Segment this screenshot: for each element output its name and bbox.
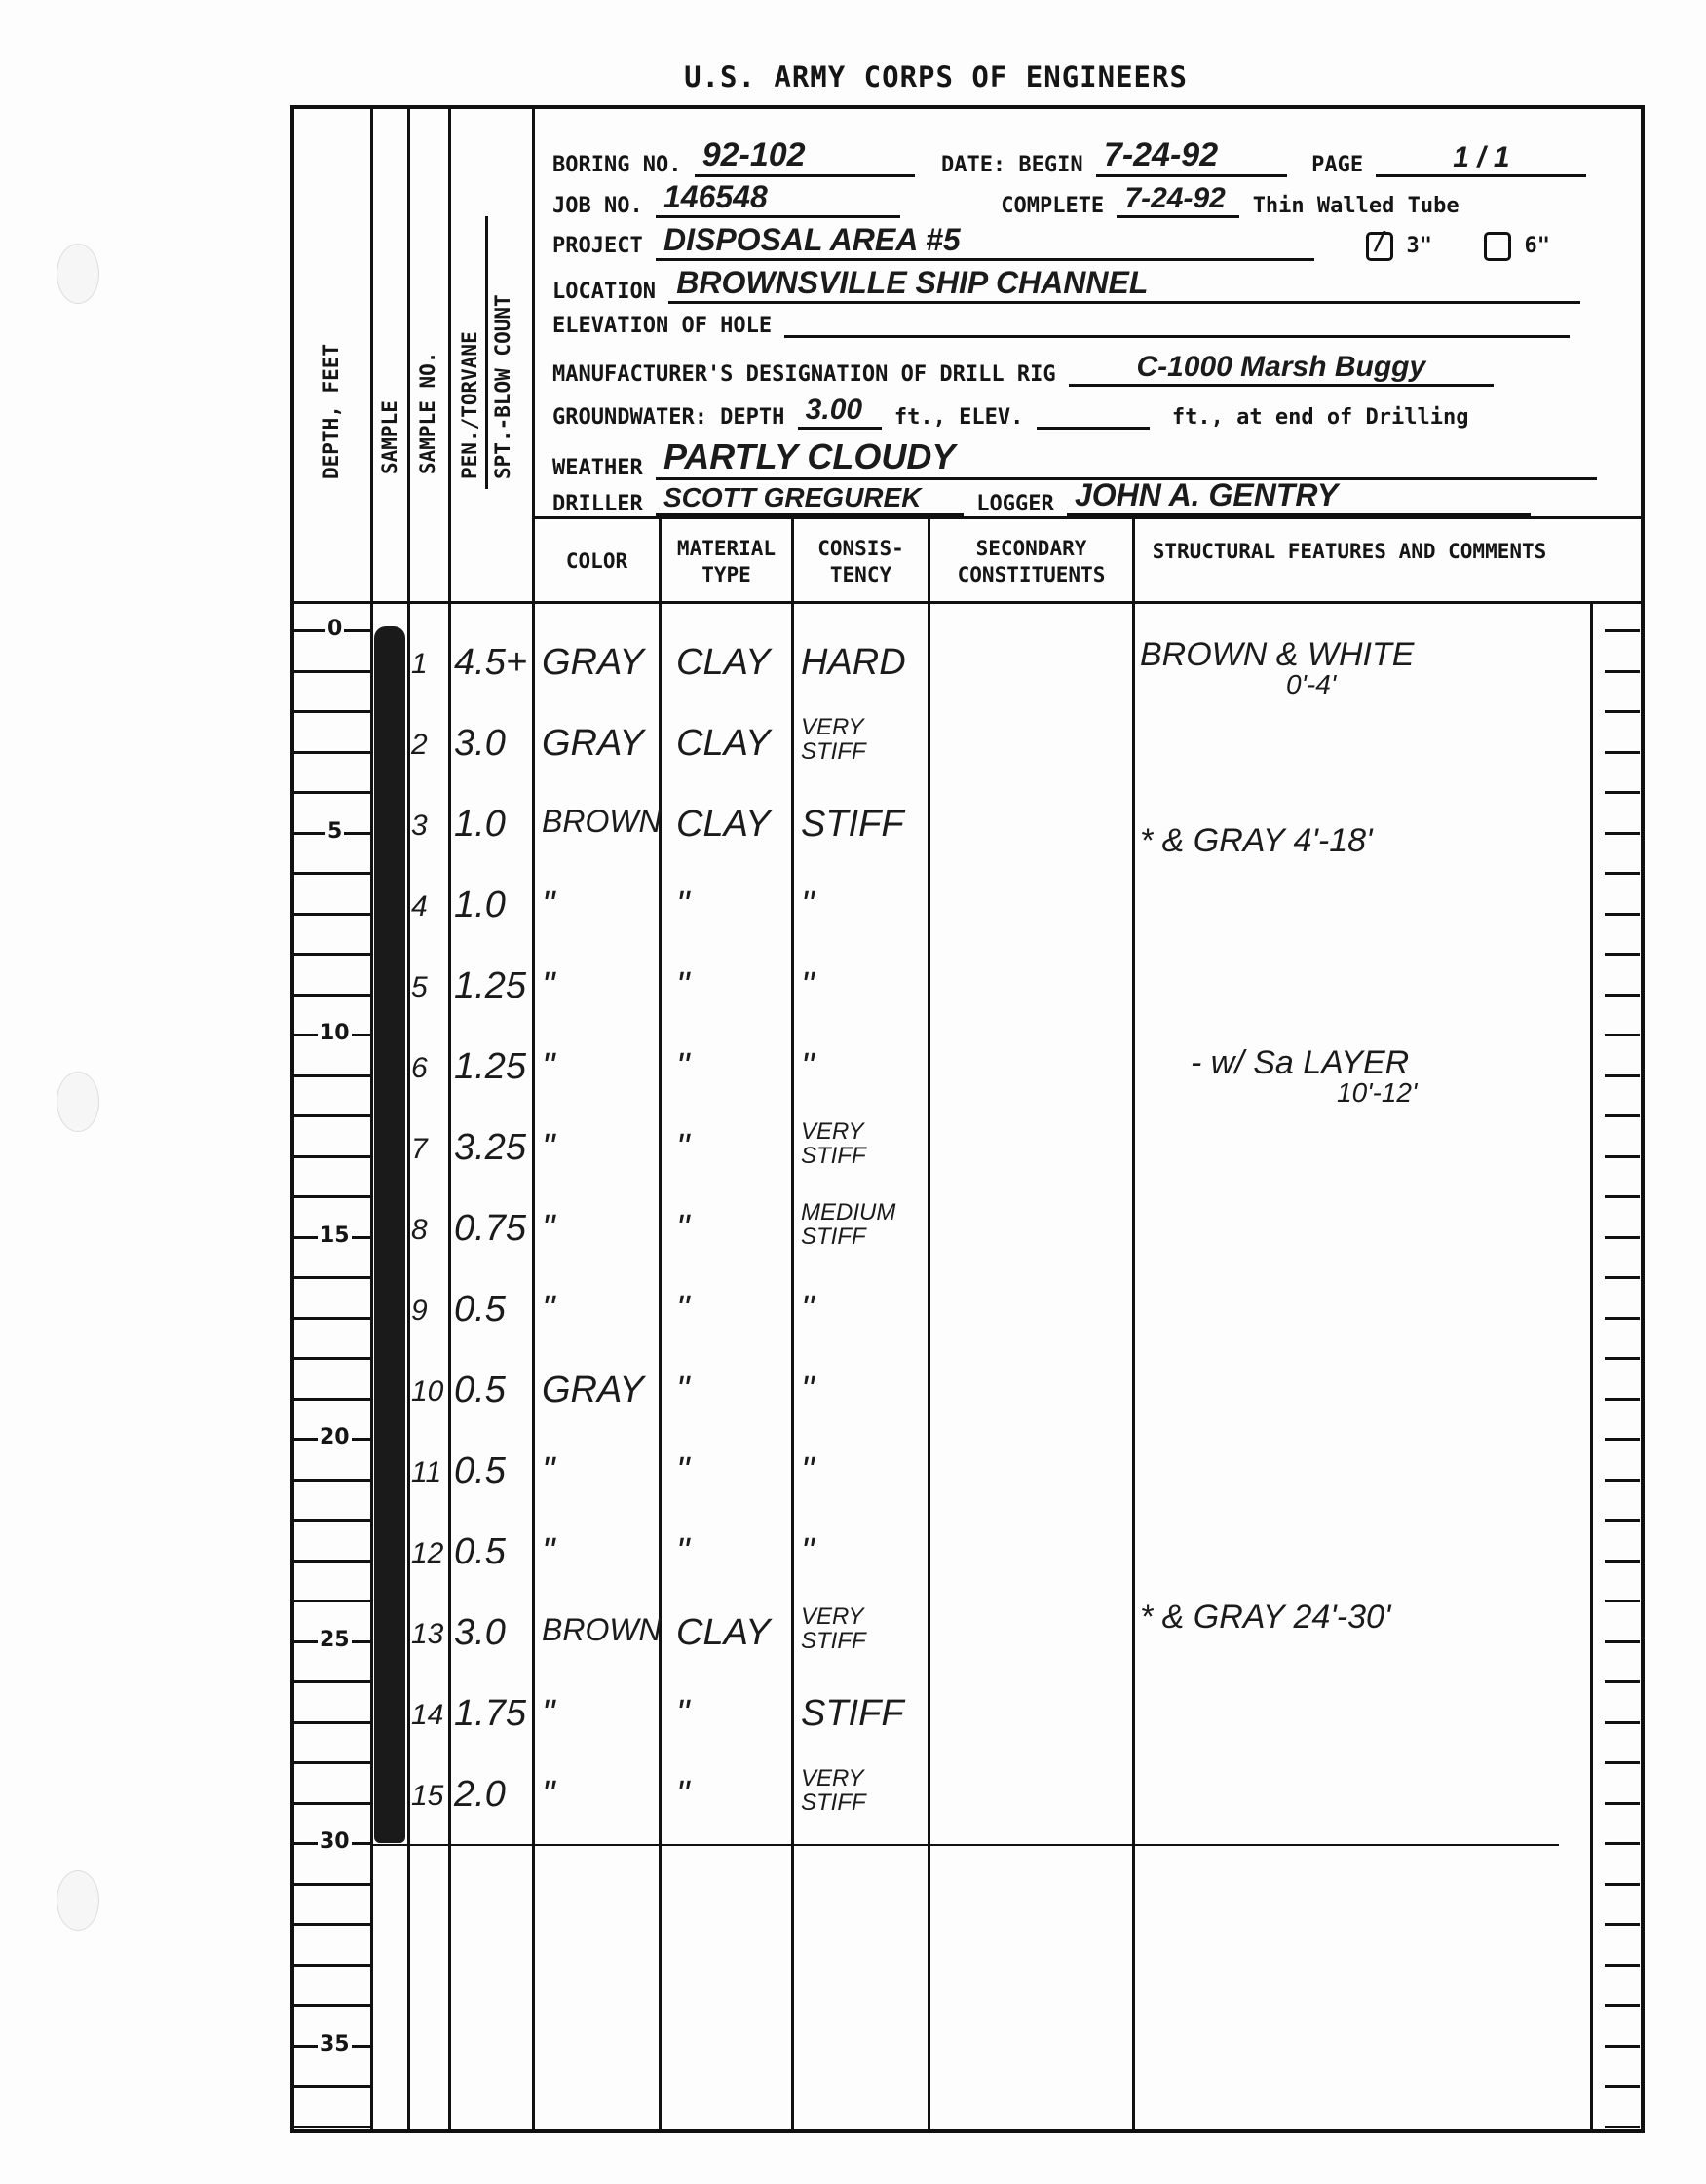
elevation-row: ELEVATION OF HOLE [552,308,1570,338]
right-tick [1605,1761,1640,1764]
pen-value: 0.75 [454,1210,526,1247]
comment-text: - w/ Sa LAYER [1191,1046,1417,1079]
pen-value: 2.0 [454,1776,506,1813]
material-value: " [676,1452,690,1489]
right-tick [1605,1155,1640,1158]
depth-tick [294,1883,370,1886]
depth-tick [294,1680,370,1683]
right-tick [1605,751,1640,754]
depth-tick [294,1276,370,1279]
color-value: BROWN [542,806,662,837]
col-secondary-header: SECONDARY CONSTITUENTS [930,518,1132,606]
right-tick [1605,2045,1640,2048]
material-value: " [676,1776,690,1813]
color-value: GRAY [542,1372,644,1409]
driller-field[interactable]: SCOTT GREGUREK [656,482,964,516]
date-complete-field[interactable]: 7-24-92 [1117,182,1239,218]
right-tick [1605,710,1640,713]
right-tick [1605,1357,1640,1360]
depth-label: 0 [325,617,344,641]
sample-number: 7 [411,1135,428,1164]
color-value: " [542,967,555,1004]
right-tick [1605,1560,1640,1563]
organization-title: U.S. ARMY CORPS OF ENGINEERS [0,60,1706,94]
consistency-value: VERY STIFF [801,1119,923,1168]
depth-label: 10 [318,1021,352,1045]
material-value: CLAY [676,644,770,681]
sample-number: 3 [411,811,428,841]
col-sample-label: SAMPLE [378,400,401,474]
sample-number: 13 [411,1620,443,1649]
material-value: " [676,1372,690,1409]
material-value: " [676,886,690,923]
depth-tick [294,1600,370,1602]
pen-value: 3.25 [454,1129,526,1166]
right-tick [1605,1883,1640,1886]
right-tick [1605,1640,1640,1643]
depth-tick [294,953,370,956]
structural-comment: - w/ Sa LAYER10'-12' [1191,1046,1417,1107]
weather-field[interactable]: PARTLY CLOUDY [656,436,1597,480]
col-material-header: MATERIAL TYPE [662,518,791,606]
consistency-value: HARD [801,644,906,681]
color-value: " [542,1776,555,1813]
sample-number: 5 [411,973,428,1002]
depth-tick [294,1357,370,1360]
color-value: BROWN [542,1614,662,1645]
tube-3in-option[interactable]: / 3" [1366,234,1445,258]
depth-tick [294,1479,370,1482]
consistency-value: MEDIUM STIFF [801,1200,923,1249]
depth-tick [294,1802,370,1805]
depth-tick [294,751,370,754]
sample-number: 9 [411,1297,428,1326]
right-tick [1605,2004,1640,2007]
right-tick [1605,1721,1640,1724]
structural-comment: * & GRAY 4'-18' [1140,824,1373,857]
material-value: " [676,1291,690,1328]
pen-value: 4.5+ [454,644,527,681]
right-tick [1605,832,1640,835]
depth-tick [294,913,370,916]
depth-tick [294,2004,370,2007]
col-pen-label: PEN./TORVANE [458,331,481,479]
col-consistency-header: CONSIS- TENCY [794,518,928,606]
right-tick [1605,1276,1640,1279]
sample-number: 1 [411,650,428,679]
col-spt-label: SPT.-BLOW COUNT [491,294,514,479]
color-value: " [542,1452,555,1489]
depth-label: 15 [318,1224,352,1248]
material-value: " [676,1129,690,1166]
binder-hole [57,1870,99,1931]
sample-number: 8 [411,1216,428,1245]
right-tick [1605,872,1640,875]
consistency-value: VERY STIFF [801,1766,923,1815]
depth-label: 30 [318,1829,352,1854]
groundwater-depth-field[interactable]: 3.00 [798,394,882,430]
consistency-value: STIFF [801,1695,904,1732]
color-value: GRAY [542,644,644,681]
consistency-value: " [801,1452,815,1489]
material-value: CLAY [676,806,770,843]
color-value: GRAY [542,725,644,762]
color-value: " [542,886,555,923]
color-value: " [542,1533,555,1570]
checkbox-empty-icon[interactable] [1484,232,1511,261]
depth-tick [294,1519,370,1522]
boring-log-form: DEPTH, FEET SAMPLE SAMPLE NO. PEN./TORVA… [290,105,1645,2133]
consistency-value: " [801,886,815,923]
color-value: " [542,1695,555,1732]
material-value: CLAY [676,1614,770,1651]
pen-value: 1.25 [454,1048,526,1085]
comment-depth-range: 10'-12' [1337,1079,1417,1107]
groundwater-elev-field[interactable] [1037,399,1150,430]
weather-row: WEATHER PARTLY CLOUDY [552,436,1597,480]
pen-value: 3.0 [454,1614,506,1651]
sample-number: 6 [411,1054,428,1083]
binder-hole [57,244,99,304]
col-color-header: COLOR [535,518,659,606]
depth-tick [294,1923,370,1926]
right-tick [1605,1074,1640,1077]
project-field[interactable]: DISPOSAL AREA #5 [656,222,1314,261]
color-value: " [542,1210,555,1247]
pen-value: 1.75 [454,1695,526,1732]
checkbox-checked-icon[interactable]: / [1366,232,1393,261]
material-value: " [676,1048,690,1085]
consistency-value: " [801,1291,815,1328]
sample-number: 11 [411,1458,441,1487]
right-tick [1605,1479,1640,1482]
right-tick [1605,1842,1640,1845]
depth-tick [294,1964,370,1967]
depth-tick [294,791,370,794]
location-row: LOCATION BROWNSVILLE SHIP CHANNEL [552,265,1580,304]
comment-text: BROWN & WHITE [1140,638,1414,671]
pen-value: 0.5 [454,1291,506,1328]
right-tick [1605,1114,1640,1117]
depth-tick [294,872,370,875]
job-no-field[interactable]: 146548 [656,179,900,218]
right-tick [1605,791,1640,794]
consistency-value: " [801,1533,815,1570]
page-field[interactable]: 1 / 1 [1376,141,1586,177]
sampled-interval-bar [374,626,405,1843]
depth-label: 35 [318,2032,352,2056]
material-value: " [676,1533,690,1570]
structural-comment: BROWN & WHITE0'-4' [1140,638,1414,698]
elevation-field[interactable] [784,308,1570,338]
comment-depth-range: 0'-4' [1286,671,1414,698]
consistency-value: " [801,1048,815,1085]
consistency-value: " [801,967,815,1004]
depth-tick [294,2085,370,2088]
depth-tick [294,1114,370,1117]
project-row: PROJECT DISPOSAL AREA #5 / 3" 6" [552,222,1550,261]
material-value: CLAY [676,725,770,762]
right-tick [1605,1964,1640,1967]
depth-tick [294,1074,370,1077]
depth-label: 20 [318,1425,352,1450]
right-tick [1605,2126,1640,2128]
pen-value: 1.0 [454,886,506,923]
right-tick [1605,1438,1640,1441]
tube-6in-option[interactable]: 6" [1484,234,1550,258]
pen-value: 1.25 [454,967,526,1004]
sample-number: 12 [411,1539,443,1568]
drill-rig-row: MANUFACTURER'S DESIGNATION OF DRILL RIG … [552,351,1494,387]
depth-label: 5 [325,819,344,844]
right-tick [1605,994,1640,997]
depth-tick [294,1721,370,1724]
boring-row: BORING NO. 92-102 DATE: BEGIN 7-24-92 PA… [552,136,1586,177]
pen-value: 1.0 [454,806,506,843]
right-tick [1605,953,1640,956]
depth-tick [294,710,370,713]
sample-number: 15 [411,1782,443,1811]
right-tick [1605,670,1640,673]
right-tick [1605,1923,1640,1926]
right-tick [1605,1398,1640,1401]
location-field[interactable]: BROWNSVILLE SHIP CHANNEL [668,265,1580,304]
right-tick [1605,1236,1640,1239]
depth-tick [294,1761,370,1764]
right-tick [1605,913,1640,916]
sample-number: 10 [411,1377,443,1407]
right-tick [1605,1519,1640,1522]
sample-number: 14 [411,1701,443,1730]
boring-no-field[interactable]: 92-102 [695,136,915,177]
right-tick [1605,1680,1640,1683]
depth-tick [294,1398,370,1401]
pen-value: 0.5 [454,1452,506,1489]
depth-tick [294,994,370,997]
col-structural-header: STRUCTURAL FEATURES AND COMMENTS [1135,508,1564,596]
drill-rig-field[interactable]: C-1000 Marsh Buggy [1069,351,1494,387]
right-tick [1605,2085,1640,2088]
depth-tick [294,1155,370,1158]
right-tick [1605,1034,1640,1036]
sample-number: 2 [411,731,428,760]
sample-number: 4 [411,892,428,922]
date-begin-field[interactable]: 7-24-92 [1096,136,1287,177]
color-value: " [542,1129,555,1166]
material-value: " [676,1695,690,1732]
depth-tick [294,2126,370,2128]
pen-value: 0.5 [454,1372,506,1409]
right-tick [1605,629,1640,632]
comment-text: * & GRAY 24'-30' [1140,1600,1390,1634]
col-sample-no-label: SAMPLE NO. [416,352,439,474]
color-value: " [542,1291,555,1328]
depth-tick [294,1195,370,1198]
depth-tick [294,1560,370,1563]
right-tick [1605,1802,1640,1805]
col-depth-label: DEPTH, FEET [320,344,343,479]
depth-tick [294,1317,370,1320]
groundwater-row: GROUNDWATER: DEPTH 3.00 ft., ELEV. ft., … [552,394,1469,430]
consistency-value: " [801,1372,815,1409]
depth-tick [294,670,370,673]
pen-value: 0.5 [454,1533,506,1570]
right-tick [1605,1600,1640,1602]
consistency-value: VERY STIFF [801,715,923,764]
material-value: " [676,1210,690,1247]
right-tick [1605,1195,1640,1198]
depth-label: 25 [318,1628,352,1652]
structural-comment: * & GRAY 24'-30' [1140,1600,1390,1634]
color-value: " [542,1048,555,1085]
consistency-value: STIFF [801,806,904,843]
pen-value: 3.0 [454,725,506,762]
consistency-value: VERY STIFF [801,1604,923,1653]
job-row: JOB NO. 146548 COMPLETE 7-24-92 Thin Wal… [552,179,1460,218]
right-tick [1605,1317,1640,1320]
comment-text: * & GRAY 4'-18' [1140,824,1373,857]
material-value: " [676,967,690,1004]
binder-hole [57,1072,99,1132]
